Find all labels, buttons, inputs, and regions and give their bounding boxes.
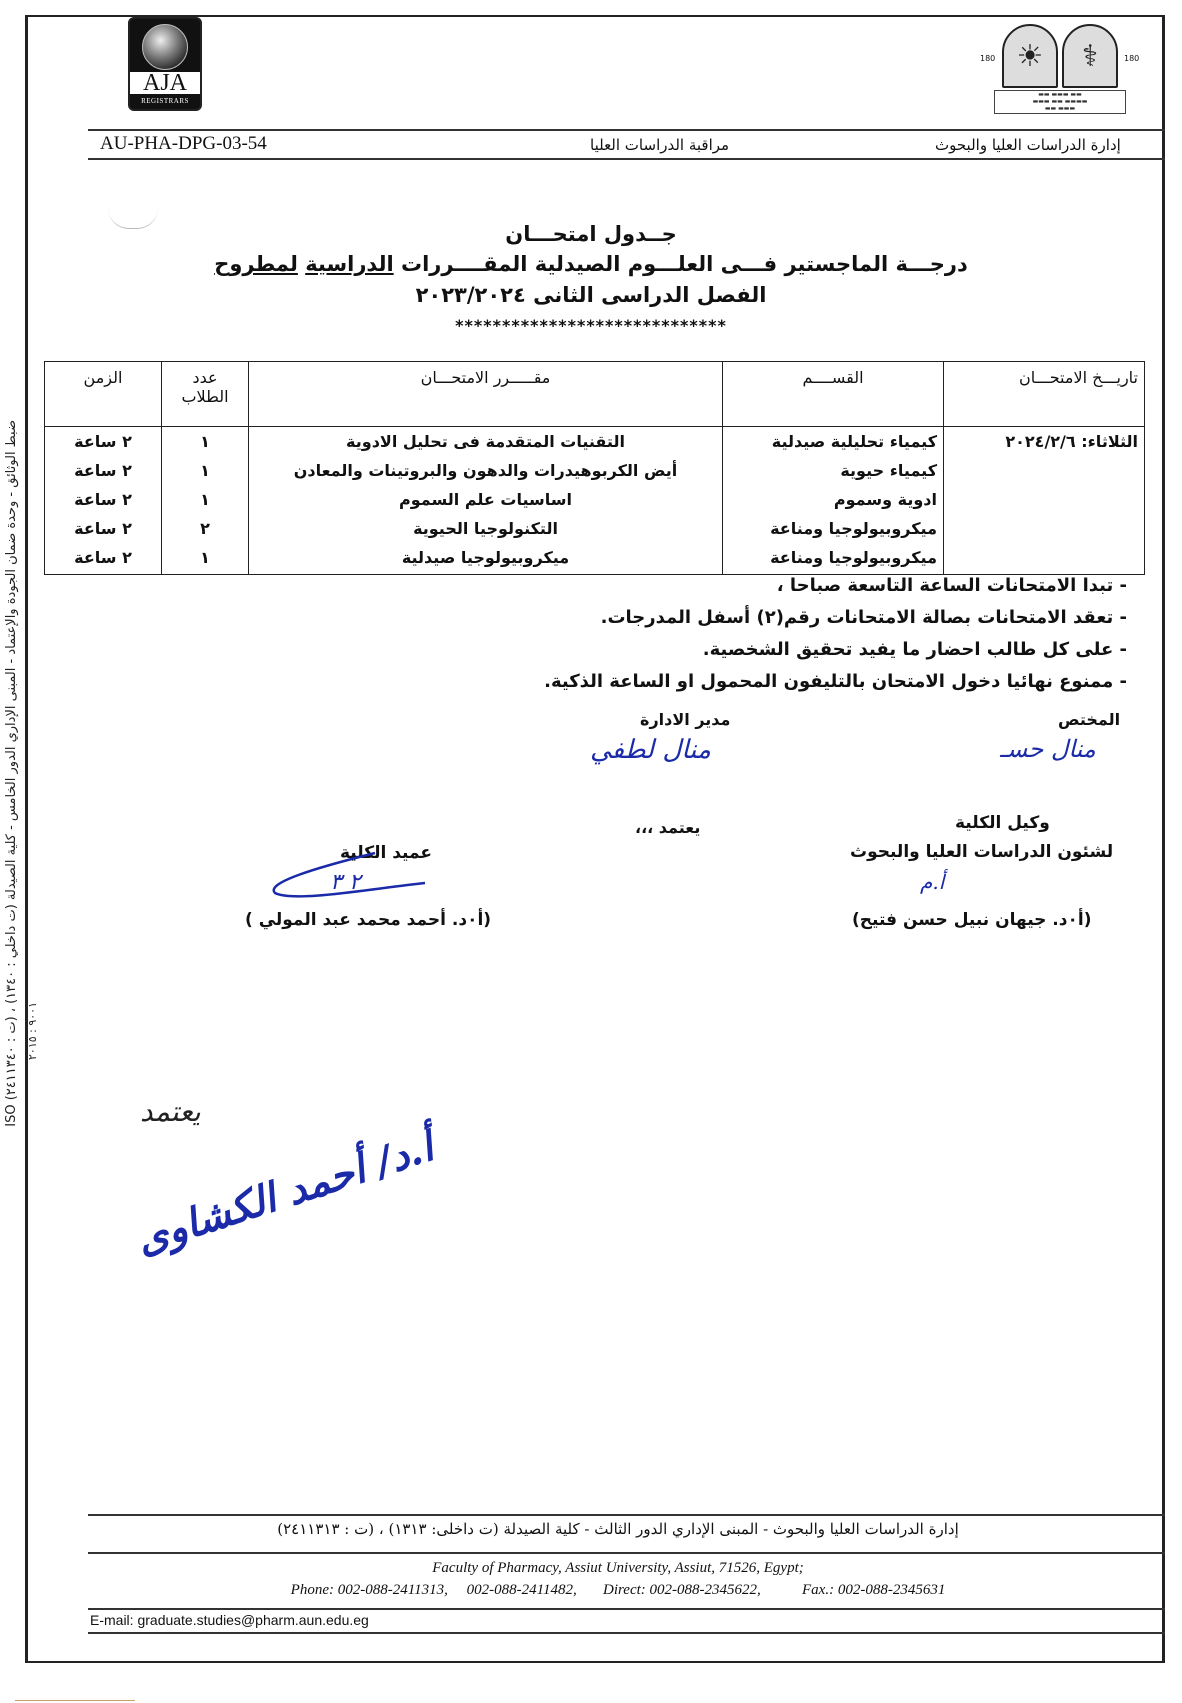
students-4: ٢ [168,514,242,543]
note-1: - تبدا الامتحانات الساعة التاسعة صباحا ، [544,570,1127,602]
dean-signature-stroke [255,848,435,908]
subtitle-text: درجـــة الماجستير فـــى العلـــوم الصيدل… [394,252,968,276]
email-link[interactable]: graduate.studies@pharm.aun.edu.eg [137,1612,368,1628]
stars-divider: ***************************** [0,316,1182,335]
aja-registrars-logo: AJA REGISTRARS [128,17,202,111]
pharmacy-caduceus-icon: ⚕ [1062,24,1118,88]
header-department-label: إدارة الدراسات العليا والبحوث [935,136,1121,154]
note-3: - على كل طالب احضار ما يفيد تحقيق الشخصي… [544,634,1127,666]
footer-arabic-address: إدارة الدراسات العليا والبحوث - المبنى ا… [88,1520,1148,1538]
footer-email: E-mail: graduate.studies@pharm.aun.edu.e… [90,1612,369,1628]
course-5: ميكروبيولوجيا صيدلية [255,543,716,572]
footer-direct: Direct: 002-088-2345622, [603,1582,761,1598]
aja-logo-subtitle: REGISTRARS [130,97,200,105]
header-date: تاريـــخ الامتحـــان [944,362,1145,427]
vice-dean-signature: أ.م [920,870,944,894]
duration-4: ٢ ساعة [51,514,155,543]
exam-schedule-table: تاريـــخ الامتحـــان القســــم مقـــــرر… [44,361,1145,575]
side-margin-iso-standard: ٩٠٠١ : ٢٠١٥ [26,1002,39,1060]
duration-1: ٢ ساعة [51,427,155,456]
students-1: ١ [168,427,242,456]
footer-phones: Phone: 002-088-2411313, 002-088-2411482,… [88,1582,1148,1599]
footer-rule-1 [88,1514,1165,1516]
department-5: ميكروبيولوجيا ومناعة [729,543,937,572]
globe-icon [142,24,188,70]
logo-badge-left: 180 [980,54,995,63]
subtitle-underlined-1: الدراسية [305,252,393,276]
footer-rule-3 [88,1608,1165,1610]
duration-3: ٢ ساعة [51,485,155,514]
footer-english-address: Faculty of Pharmacy, Assiut University, … [88,1560,1148,1577]
department-1: كيمياء تحليلية صيدلية [729,427,937,456]
document-title: جــدول امتحـــان [0,222,1182,246]
table-row: الثلاثاء: ٢٠٢٤/٢/٦ كيمياء تحليلية صيدلية… [45,427,1145,575]
footer-rule-2 [88,1552,1165,1554]
course-1: التقنيات المتقدمة فى تحليل الادوية [255,427,716,456]
department-cell: كيمياء تحليلية صيدلية كيمياء حيوية ادوية… [723,427,944,575]
note-4: - ممنوع نهائيا دخول الامتحان بالتليفون ا… [544,666,1127,698]
department-2: كيمياء حيوية [729,456,937,485]
header-bottom-rule [88,158,1165,160]
logo-caption: ▬▬ ▬▬▬ ▬▬▬▬▬ ▬▬ ▬▬▬▬▬▬ ▬▬▬ [994,90,1126,114]
exam-notes: - تبدا الامتحانات الساعة التاسعة صباحا ،… [544,570,1127,698]
footer-fax: Fax.: 002-088-2345631 [802,1582,945,1598]
header-department: القســــم [723,362,944,427]
exam-date-cell: الثلاثاء: ٢٠٢٤/٢/٦ [944,427,1145,575]
handwritten-approval: يعتمد [140,1095,201,1128]
header-duration: الزمن [45,362,162,427]
approved-label: يعتمد ،،، [635,818,700,837]
subtitle-underlined-2: لمطروح [214,252,298,276]
header-students: عدد الطلاب [162,362,249,427]
email-label: E-mail: [90,1612,137,1628]
header-course: مقـــــرر الامتحـــان [249,362,723,427]
students-3: ١ [168,485,242,514]
duration-5: ٢ ساعة [51,543,155,572]
department-3: ادوية وسموم [729,485,937,514]
note-2: - تعقد الامتحانات بصالة الامتحانات رقم(٢… [544,602,1127,634]
vice-dean-name: (أ٠د. جيهان نبيل حسن فتيح) [852,910,1091,930]
table-header-row: تاريـــخ الامتحـــان القســــم مقـــــرر… [45,362,1145,427]
course-3: اساسيات علم السموم [255,485,716,514]
specialist-label: المختص [1058,710,1120,729]
footer-phone: Phone: 002-088-2411313, [291,1582,448,1598]
logo-badge-right: 180 [1124,54,1139,63]
course-4: التكنولوجيا الحيوية [255,514,716,543]
course-2: أيض الكربوهيدرات والدهون والبروتينات وال… [255,456,716,485]
vice-dean-title: وكيل الكلية [955,813,1050,833]
duration-cell: ٢ ساعة ٢ ساعة ٢ ساعة ٢ ساعة ٢ ساعة [45,427,162,575]
students-2: ١ [168,456,242,485]
department-4: ميكروبيولوجيا ومناعة [729,514,937,543]
footer-rule-4 [88,1632,1165,1634]
admin-manager-signature: منال لطفي [590,735,711,765]
assiut-university-emblem-icon: ☀ [1002,24,1058,88]
students-5: ١ [168,543,242,572]
admin-manager-label: مدير الادارة [640,710,730,729]
side-margin-text: ضبط الوثائق - وحدة ضمان الجودة والإعتماد… [4,420,19,1300]
footer-phone-2: 002-088-2411482, [467,1582,577,1598]
document-code: AU-PHA-DPG-03-54 [100,133,267,155]
header-top-rule [88,129,1165,131]
header-center-label: مراقبة الدراسات العليا [590,136,729,154]
dean-name: (أ٠د. أحمد محمد عبد المولي ) [245,910,491,930]
students-cell: ١ ١ ١ ٢ ١ [162,427,249,575]
document-subtitle: درجـــة الماجستير فـــى العلـــوم الصيدل… [0,252,1182,276]
vice-dean-subtitle: لشئون الدراسات العليا والبحوث [850,842,1113,862]
course-cell: التقنيات المتقدمة فى تحليل الادوية أيض ا… [249,427,723,575]
university-faculty-logo: 180 ☀ ⚕ 180 ▬▬ ▬▬▬ ▬▬▬▬▬ ▬▬ ▬▬▬▬▬▬ ▬▬▬ [980,24,1170,116]
aja-logo-text: AJA [130,72,200,94]
specialist-signature: منال حسـ [1000,735,1096,763]
duration-2: ٢ ساعة [51,456,155,485]
semester-line: الفصل الدراسى الثانى ٢٠٢٣/٢٠٢٤ [0,283,1182,307]
scan-edge-mark [15,1700,135,1701]
